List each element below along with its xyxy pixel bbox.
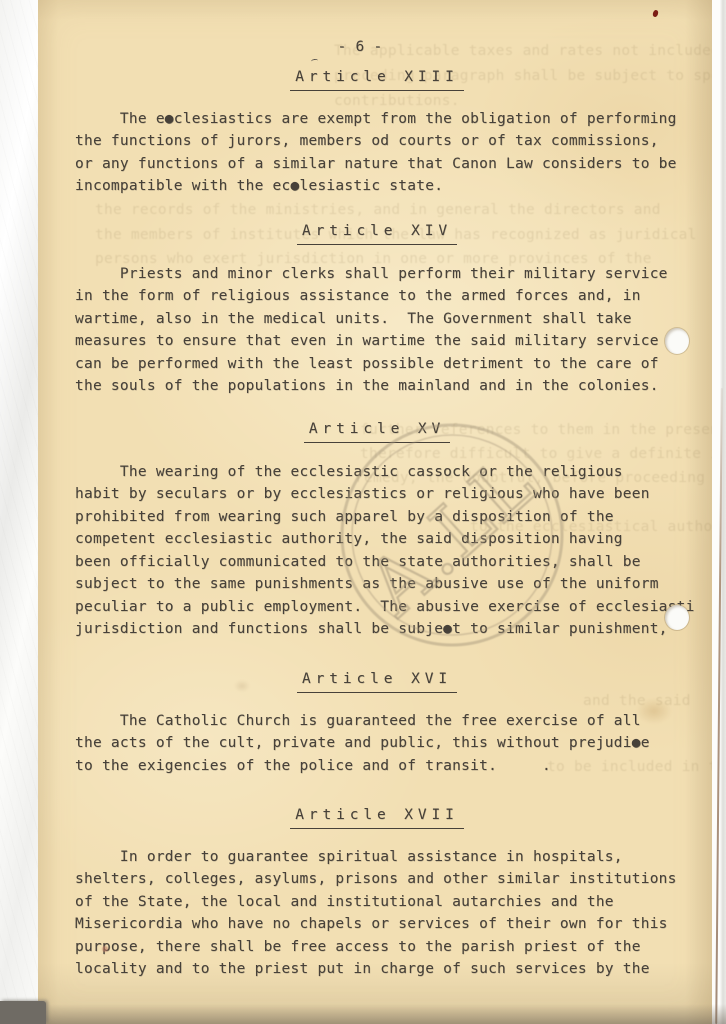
text-line: incompatible with the ec●lesiastic state… [75, 175, 725, 197]
article-xvii-heading: Article XVII [75, 804, 679, 829]
text-line: Priests and minor clerks shall perform t… [75, 263, 725, 285]
article-heading-text: Article XIII [290, 66, 464, 91]
text-line: in the form of religious assistance to t… [75, 285, 725, 307]
stray-pen-mark [311, 59, 318, 64]
article-xvii-body: In order to guarantee spiritual assistan… [75, 846, 725, 981]
hole-punch [665, 605, 689, 630]
text-line: The e●clesiastics are exempt from the ob… [75, 108, 725, 130]
scan-right-margin [712, 0, 726, 1024]
text-line: the functions of jurors, members od cour… [75, 130, 725, 152]
text-line: the acts of the cult, private and public… [75, 732, 725, 754]
scan-left-margin [0, 0, 38, 1006]
document-page: The applicable taxes and rates not inclu… [38, 0, 712, 1024]
red-ink-speck [652, 9, 659, 17]
article-heading-text: Article XIV [297, 220, 457, 245]
paper-stain [636, 698, 672, 724]
text-line: Misericordia who have no chapels or serv… [75, 913, 725, 935]
text-line: can be performed with the least possible… [75, 353, 725, 375]
text-line: or any functions of a similar nature tha… [75, 153, 725, 175]
scan-bottom-shadow [0, 1004, 726, 1024]
text-line: locality and to the priest put in charge… [75, 958, 725, 980]
page-number: - 6 - [75, 36, 645, 58]
article-heading-text: Article XVI [297, 668, 457, 693]
article-xvi-body: The Catholic Church is guaranteed the fr… [75, 710, 725, 777]
text-line: In order to guarantee spiritual assistan… [75, 846, 725, 868]
text-line: purpose, there shall be free access to t… [75, 936, 725, 958]
text-line: the souls of the populations in the main… [75, 375, 725, 397]
text-line: to the exigencies of the police and of t… [75, 755, 725, 777]
scan-bottom-corner [0, 1001, 46, 1024]
text-line: of the State, the local and institutiona… [75, 891, 725, 913]
hole-punch [665, 328, 689, 354]
text-line: wartime, also in the medical units. The … [75, 308, 725, 330]
embossed-stamp-watermark: A.LL [327, 410, 577, 660]
paper-stain [234, 680, 250, 692]
scanned-document-screenshot: { "page": { "number": "- 6 -" }, "waterm… [0, 0, 726, 1024]
text-line: shelters, colleges, asylums, prisons and… [75, 868, 725, 890]
stamp-monogram-text: A.LL [350, 437, 553, 632]
text-line: The Catholic Church is guaranteed the fr… [75, 710, 725, 732]
pink-speck [102, 946, 108, 952]
backing-sheet-crease [715, 388, 723, 1024]
article-xiii-body: The e●clesiastics are exempt from the ob… [75, 108, 725, 198]
article-xiv-body: Priests and minor clerks shall perform t… [75, 263, 725, 398]
article-xiv-heading: Article XIV [75, 220, 679, 245]
article-xvi-heading: Article XVI [75, 668, 679, 693]
ghost-text-line: the records of the ministries, and in ge… [95, 199, 661, 221]
text-line: measures to ensure that even in wartime … [75, 330, 725, 352]
article-heading-text: Article XVII [290, 804, 464, 829]
article-xiii-heading: Article XIII [75, 66, 679, 91]
